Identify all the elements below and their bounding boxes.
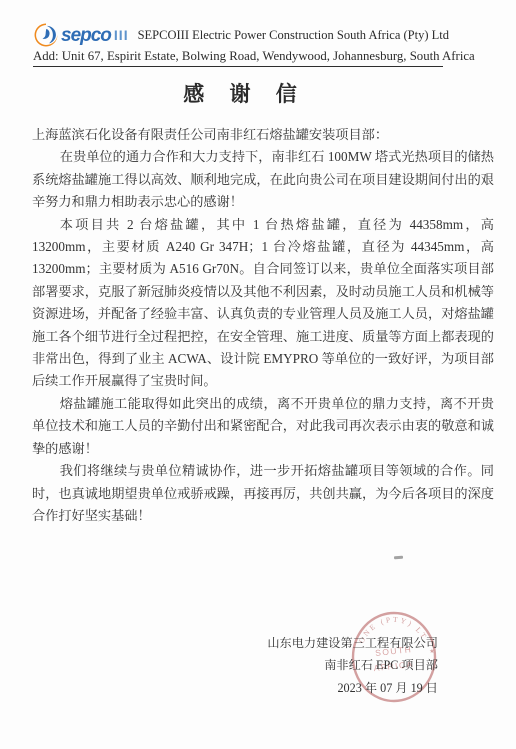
signature-date: 2023 年 07 月 19 日 xyxy=(267,677,438,699)
letter-body: 上海蓝滨石化设备有限责任公司南非红石熔盐罐安装项目部： 在贵单位的通力合作和大力… xyxy=(32,124,494,527)
letterhead-top-row: sepco III SEPCOIII Electric Power Constr… xyxy=(33,22,443,48)
letter-paragraph: 在贵单位的通力合作和大力支持下，南非红石 100MW 塔式光热项目的储热系统熔盐… xyxy=(32,146,494,213)
sepco-swirl-icon xyxy=(33,22,59,48)
pen-mark xyxy=(394,556,403,559)
logo-wordmark: sepco xyxy=(61,26,111,45)
company-name: SEPCOIII Electric Power Construction Sou… xyxy=(138,28,449,43)
company-address: Add: Unit 67, Espirit Estate, Bolwing Ro… xyxy=(33,49,443,64)
logo-suffix: III xyxy=(114,28,129,42)
sepco-logo: sepco III xyxy=(33,22,129,48)
salutation: 上海蓝滨石化设备有限责任公司南非红石熔盐罐安装项目部： xyxy=(32,124,494,146)
letter-paragraph: 我们将继续与贵单位精诚协作，进一步开拓熔盐罐项目等领域的合作。同时，也真诚地期望… xyxy=(32,460,494,527)
letter-paragraph: 熔盐罐施工能取得如此突出的成绩，离不开贵单位的鼎力支持，离不开贵单位技术和施工人… xyxy=(32,393,494,460)
letter-title: 感 谢 信 xyxy=(0,78,503,108)
signature-block: 山东电力建设第三工程有限公司 南非红石 EPC 项目部 2023 年 07 月 … xyxy=(267,632,438,699)
letter-paragraph: 本项目共 2 台熔盐罐，其中 1 台热熔盐罐，直径为 44358mm，高 132… xyxy=(32,214,494,393)
letterhead: sepco III SEPCOIII Electric Power Constr… xyxy=(33,22,443,67)
signature-department: 南非红石 EPC 项目部 xyxy=(267,654,438,676)
signature-company: 山东电力建设第三工程有限公司 xyxy=(267,632,438,654)
scanned-letter-page: sepco III SEPCOIII Electric Power Constr… xyxy=(0,0,516,749)
